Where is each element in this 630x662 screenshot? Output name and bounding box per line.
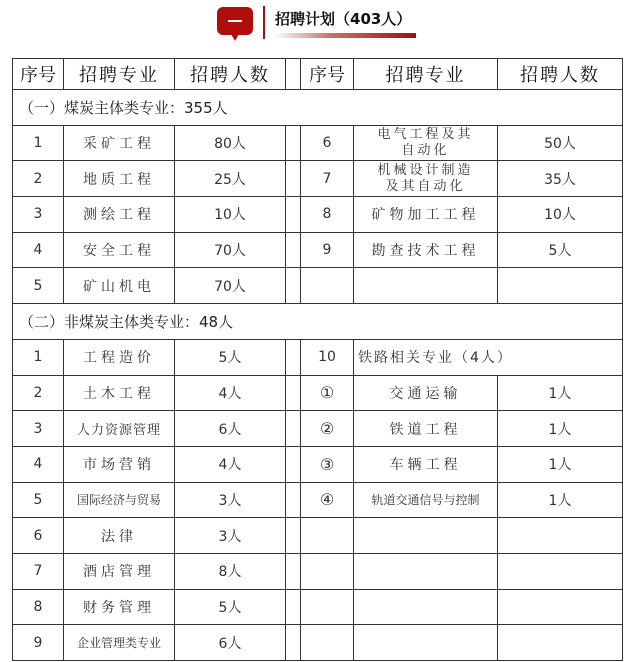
- cell-no: 7: [301, 161, 354, 197]
- cell-no: [301, 625, 354, 661]
- spacer-cell: [286, 268, 301, 304]
- spacer-cell: [286, 553, 301, 589]
- cell-major: 电气工程及其自动化: [354, 125, 498, 161]
- cell-no: ②: [301, 411, 354, 447]
- cell-major-line: 机械设计制造: [354, 163, 497, 179]
- table-row: 6 法律 3人: [13, 518, 623, 554]
- cell-no: 1: [13, 125, 64, 161]
- table-row: 3 人力资源管理 6人 ② 铁道工程 1人: [13, 411, 623, 447]
- cell-major: 矿物加工工程: [354, 197, 498, 233]
- cell-count: 1人: [498, 375, 623, 411]
- cell-count: [498, 553, 623, 589]
- spacer-cell: [286, 161, 301, 197]
- cell-major: 企业管理类专业: [64, 625, 175, 661]
- cell-major: 土木工程: [64, 375, 175, 411]
- cell-major: 交通运输: [354, 375, 498, 411]
- cell-major-line: 电气工程及其: [354, 127, 497, 143]
- cell-count: 4人: [175, 375, 286, 411]
- cell-no: 9: [301, 232, 354, 268]
- column-header-no: 序号: [13, 59, 64, 90]
- cell-major: [354, 625, 498, 661]
- cell-count: 3人: [175, 518, 286, 554]
- spacer-cell: [286, 625, 301, 661]
- cell-no: 5: [13, 268, 64, 304]
- spacer-cell: [286, 589, 301, 625]
- cell-count: 70人: [175, 268, 286, 304]
- cell-count: 50人: [498, 125, 623, 161]
- cell-no: ①: [301, 375, 354, 411]
- cell-count: 1人: [498, 482, 623, 518]
- header-divider: [263, 6, 265, 39]
- cell-no: 8: [13, 589, 64, 625]
- spacer-cell: [286, 339, 301, 375]
- table-row: 4 安全工程 70人 9 勘查技术工程 5人: [13, 232, 623, 268]
- table-row: 9 企业管理类专业 6人: [13, 625, 623, 661]
- cell-count: 4人: [175, 446, 286, 482]
- cell-count: 8人: [175, 553, 286, 589]
- cell-count: 5人: [175, 339, 286, 375]
- cell-count: [498, 589, 623, 625]
- cell-count: 3人: [175, 482, 286, 518]
- cell-major: 矿山机电: [64, 268, 175, 304]
- cell-major: 轨道交通信号与控制: [354, 482, 498, 518]
- spacer-cell: [286, 518, 301, 554]
- section-title: （一）煤炭主体类专业：355人: [13, 90, 623, 126]
- column-header-no: 序号: [301, 59, 354, 90]
- table-row: 5 国际经济与贸易 3人 ④ 轨道交通信号与控制 1人: [13, 482, 623, 518]
- cell-major: 国际经济与贸易: [64, 482, 175, 518]
- cell-no: 2: [13, 375, 64, 411]
- cell-major: 机械设计制造及其自动化: [354, 161, 498, 197]
- cell-no: 2: [13, 161, 64, 197]
- recruitment-table: 序号 招聘专业 招聘人数 序号 招聘专业 招聘人数 （一）煤炭主体类专业：355…: [12, 58, 623, 661]
- cell-major: 法律: [64, 518, 175, 554]
- table-row: 1 工程造价 5人 10 铁路相关专业（4人）: [13, 339, 623, 375]
- table-row: 3 测绘工程 10人 8 矿物加工工程 10人: [13, 197, 623, 233]
- cell-major: 测绘工程: [64, 197, 175, 233]
- cell-no: ④: [301, 482, 354, 518]
- cell-count: 6人: [175, 625, 286, 661]
- table-header-row: 序号 招聘专业 招聘人数 序号 招聘专业 招聘人数: [13, 59, 623, 90]
- cell-count: 80人: [175, 125, 286, 161]
- cell-no: 3: [13, 411, 64, 447]
- badge-dash-icon: [228, 20, 242, 22]
- cell-count: 1人: [498, 446, 623, 482]
- spacer-cell: [286, 446, 301, 482]
- cell-major: 勘查技术工程: [354, 232, 498, 268]
- cell-major: 市场营销: [64, 446, 175, 482]
- cell-count: 25人: [175, 161, 286, 197]
- cell-no: [301, 553, 354, 589]
- cell-count: 10人: [498, 197, 623, 233]
- column-header-count: 招聘人数: [175, 59, 286, 90]
- cell-no: [301, 268, 354, 304]
- spacer-cell: [286, 59, 301, 90]
- cell-no: 3: [13, 197, 64, 233]
- cell-major: 采矿工程: [64, 125, 175, 161]
- cell-count: 5人: [175, 589, 286, 625]
- cell-major: 安全工程: [64, 232, 175, 268]
- table-row: 4 市场营销 4人 ③ 车辆工程 1人: [13, 446, 623, 482]
- cell-major-line: 及其自动化: [354, 179, 497, 195]
- section-number-badge: [217, 7, 253, 35]
- table-row: 2 地质工程 25人 7 机械设计制造及其自动化 35人: [13, 161, 623, 197]
- cell-count: 35人: [498, 161, 623, 197]
- spacer-cell: [286, 411, 301, 447]
- cell-count: 70人: [175, 232, 286, 268]
- title-underline: [274, 33, 416, 38]
- section-title: （二）非煤炭主体类专业：48人: [13, 304, 623, 340]
- cell-major: 工程造价: [64, 339, 175, 375]
- column-header-major: 招聘专业: [64, 59, 175, 90]
- cell-major: [354, 589, 498, 625]
- table-row: 7 酒店管理 8人: [13, 553, 623, 589]
- section-row: （一）煤炭主体类专业：355人: [13, 90, 623, 126]
- cell-count: 10人: [175, 197, 286, 233]
- cell-major: [354, 268, 498, 304]
- column-header-count: 招聘人数: [498, 59, 623, 90]
- cell-count: [498, 518, 623, 554]
- cell-major-group: 铁路相关专业（4人）: [354, 339, 623, 375]
- cell-major: 地质工程: [64, 161, 175, 197]
- cell-major: [354, 553, 498, 589]
- cell-major: 车辆工程: [354, 446, 498, 482]
- cell-no: 7: [13, 553, 64, 589]
- cell-no: 9: [13, 625, 64, 661]
- cell-no: 4: [13, 232, 64, 268]
- cell-no: 1: [13, 339, 64, 375]
- cell-major: 财务管理: [64, 589, 175, 625]
- cell-no: 5: [13, 482, 64, 518]
- table-row: 8 财务管理 5人: [13, 589, 623, 625]
- cell-no: ③: [301, 446, 354, 482]
- cell-count: 6人: [175, 411, 286, 447]
- cell-no: [301, 589, 354, 625]
- table-row: 2 土木工程 4人 ① 交通运输 1人: [13, 375, 623, 411]
- cell-no: 8: [301, 197, 354, 233]
- table-row: 1 采矿工程 80人 6 电气工程及其自动化 50人: [13, 125, 623, 161]
- spacer-cell: [286, 125, 301, 161]
- spacer-cell: [286, 232, 301, 268]
- spacer-cell: [286, 375, 301, 411]
- cell-major: 人力资源管理: [64, 411, 175, 447]
- cell-no: 4: [13, 446, 64, 482]
- spacer-cell: [286, 482, 301, 518]
- cell-count: 1人: [498, 411, 623, 447]
- cell-no: 6: [301, 125, 354, 161]
- table-row: 5 矿山机电 70人: [13, 268, 623, 304]
- cell-no: 6: [13, 518, 64, 554]
- cell-major-line: 自动化: [354, 143, 497, 159]
- cell-major: 酒店管理: [64, 553, 175, 589]
- cell-major: [354, 518, 498, 554]
- cell-count: [498, 268, 623, 304]
- cell-no: 10: [301, 339, 354, 375]
- column-header-major: 招聘专业: [354, 59, 498, 90]
- cell-major: 铁道工程: [354, 411, 498, 447]
- spacer-cell: [286, 197, 301, 233]
- section-row: （二）非煤炭主体类专业：48人: [13, 304, 623, 340]
- page-title: 招聘计划（403人）: [275, 8, 411, 29]
- section-header: 招聘计划（403人）: [0, 0, 630, 50]
- cell-count: [498, 625, 623, 661]
- cell-count: 5人: [498, 232, 623, 268]
- cell-no: [301, 518, 354, 554]
